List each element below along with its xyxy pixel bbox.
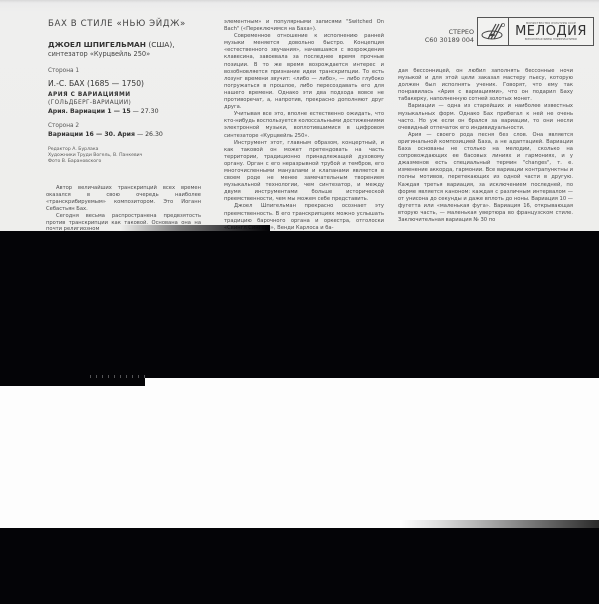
side-1-track-title: Ария. Вариации 1 — 15 [48,108,131,115]
stereo-label: СТЕРЕО [432,28,474,36]
paragraph: Современное отношение к исполнению ранне… [224,33,384,111]
album-title: БАХ В СТИЛЕ «НЬЮ ЭЙДЖ» [48,19,186,29]
melodiya-logo: МИНИСТЕРСТВО КУЛЬТУРЫ СССР МЕЛОДИЯ ВСЕСО… [477,17,594,46]
side-1-track: Ария. Вариации 1 — 15 — 27.30 [48,108,159,115]
melodiya-record-icon [478,18,509,45]
paragraph: Инструмент этот, главным образом, концер… [224,140,384,204]
catalog-number: С60 30189 004 [396,36,474,44]
credit-artists: Художники Труди Вогель, В. Панкевич [48,153,142,159]
paragraph: Автор величайших транскрипций всех време… [46,185,201,213]
paragraph: Ария — своего рода песня без слов. Она я… [398,132,573,224]
performer-name: ДЖОЕЛ ШПИГЕЛЬМАН [48,40,146,49]
side-1-label: Сторона 1 [48,68,79,74]
side-2-label: Сторона 2 [48,123,79,129]
side-2-track-title: Вариации 16 — 30. Ария [48,131,135,138]
paragraph: Вариации — одна из старейших и наиболее … [398,103,573,131]
performer-instrument: синтезатор «Курцвейль 250» [48,50,150,58]
performer: ДЖОЕЛ ШПИГЕЛЬМАН (США), [48,40,175,49]
melodiya-wordmark: МИНИСТЕРСТВО КУЛЬТУРЫ СССР МЕЛОДИЯ ВСЕСО… [509,18,593,45]
paragraph: дая бессонницей, он любил заполнять бесс… [398,68,573,103]
side-1-duration: — 27.30 [133,108,159,115]
scan-black-notch [0,378,145,386]
side-2-track: Вариации 16 — 30. Ария — 26.30 [48,131,163,138]
scan-noise-artifact [90,375,150,378]
paragraph: Учитывая все это, вполне естественно ожи… [224,111,384,139]
credit-photo: Фото В. Барановского [48,159,142,165]
scan-gradient-artifact [400,520,599,528]
paragraph: элементным» и популярными записями "Swit… [224,19,384,33]
record-sleeve-scan: БАХ В СТИЛЕ «НЬЮ ЭЙДЖ» ДЖОЕЛ ШПИГЕЛЬМАН … [0,0,599,231]
work-title: АРИЯ С ВАРИАЦИЯМИ [48,92,131,98]
side-2-duration: — 26.30 [137,131,163,138]
performer-country: (США), [148,40,174,49]
liner-notes-column-2: элементным» и популярными записями "Swit… [224,19,384,231]
work-subtitle: (ГОЛЬДБЕРГ-ВАРИАЦИИ) [48,100,131,106]
credits: Редактор А. Бурлака Художники Труди Воге… [48,147,142,164]
liner-notes-column-3: дая бессонницей, он любил заполнять бесс… [398,68,573,224]
composer: И.-С. БАХ (1685 — 1750) [48,79,144,88]
scan-black-bottom [0,528,599,604]
scan-black-band [0,231,599,378]
scan-white-band [0,378,599,528]
logo-firm: ВСЕСОЮЗНАЯ ФИРМА ГРАММПЛАСТИНОК [525,38,577,41]
logo-name: МЕЛОДИЯ [515,25,587,38]
